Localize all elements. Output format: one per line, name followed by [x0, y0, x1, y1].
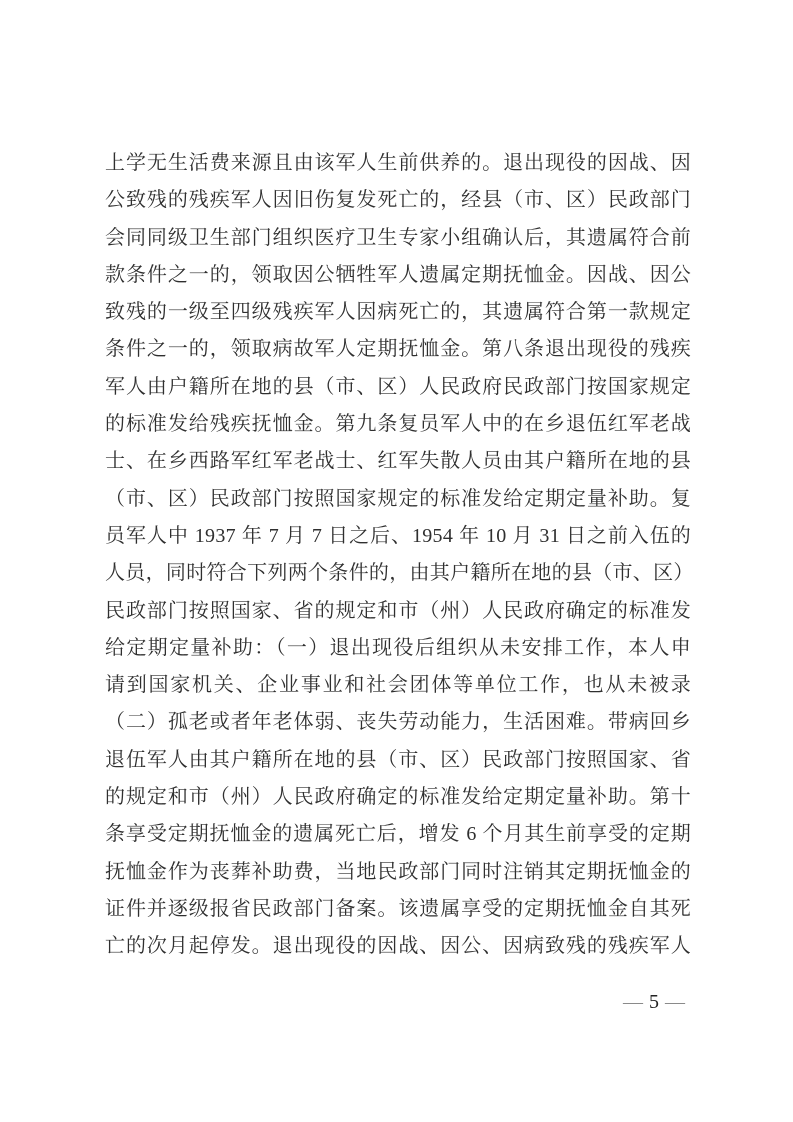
text-line: 条享受定期抚恤金的遗属死亡后，增发 6 个月其生前享受的定期 [105, 816, 691, 853]
text-line: 给定期定量补助：（一）退出现役后组织从未安排工作，本人申 [105, 630, 691, 667]
document-body: 上学无生活费来源且由该军人生前供养的。退出现役的因战、因 公致残的残疾军人因旧伤… [105, 145, 691, 966]
text-line: 款条件之一的，领取因公牺牲军人遗属定期抚恤金。因战、因公 [105, 257, 691, 294]
text-line: 民政部门按照国家、省的规定和市（州）人民政府确定的标准发 [105, 593, 691, 630]
text-line: 退伍军人由其户籍所在地的县（市、区）民政部门按照国家、省 [105, 742, 691, 779]
footer-dash-left: — [617, 991, 649, 1013]
text-line: 请到国家机关、企业事业和社会团体等单位工作，也从未被录用； [105, 667, 691, 704]
text-line: （二）孤老或者年老体弱、丧失劳动能力，生活困难。带病回乡 [105, 704, 691, 741]
footer-dash-right: — [659, 991, 691, 1013]
text-line: 亡的次月起停发。退出现役的因战、因公、因病致残的残疾军人 [105, 928, 691, 965]
text-line: 公致残的残疾军人因旧伤复发死亡的，经县（市、区）民政部门 [105, 182, 691, 219]
text-line: 员军人中 1937 年 7 月 7 日之后、1954 年 10 月 31 日之前… [105, 518, 691, 555]
page-footer: —5— [105, 988, 691, 1016]
text-line: 条件之一的，领取病故军人定期抚恤金。第八条退出现役的残疾 [105, 331, 691, 368]
document-page: 上学无生活费来源且由该军人生前供养的。退出现役的因战、因 公致残的残疾军人因旧伤… [0, 0, 793, 1122]
text-line: 军人由户籍所在地的县（市、区）人民政府民政部门按国家规定 [105, 369, 691, 406]
text-line: 证件并逐级报省民政部门备案。该遗属享受的定期抚恤金自其死 [105, 891, 691, 928]
text-line: （市、区）民政部门按照国家规定的标准发给定期定量补助。复 [105, 481, 691, 518]
text-line: 的规定和市（州）人民政府确定的标准发给定期定量补助。第十 [105, 779, 691, 816]
text-line: 上学无生活费来源且由该军人生前供养的。退出现役的因战、因 [105, 145, 691, 182]
text-line: 人员，同时符合下列两个条件的，由其户籍所在地的县（市、区） [105, 555, 691, 592]
text-line: 会同同级卫生部门组织医疗卫生专家小组确认后，其遗属符合前 [105, 220, 691, 257]
text-line: 士、在乡西路军红军老战士、红军失散人员由其户籍所在地的县 [105, 443, 691, 480]
page-number: 5 [649, 991, 659, 1013]
text-line: 的标准发给残疾抚恤金。第九条复员军人中的在乡退伍红军老战 [105, 406, 691, 443]
text-line: 抚恤金作为丧葬补助费，当地民政部门同时注销其定期抚恤金的 [105, 854, 691, 891]
text-line: 致残的一级至四级残疾军人因病死亡的，其遗属符合第一款规定 [105, 294, 691, 331]
